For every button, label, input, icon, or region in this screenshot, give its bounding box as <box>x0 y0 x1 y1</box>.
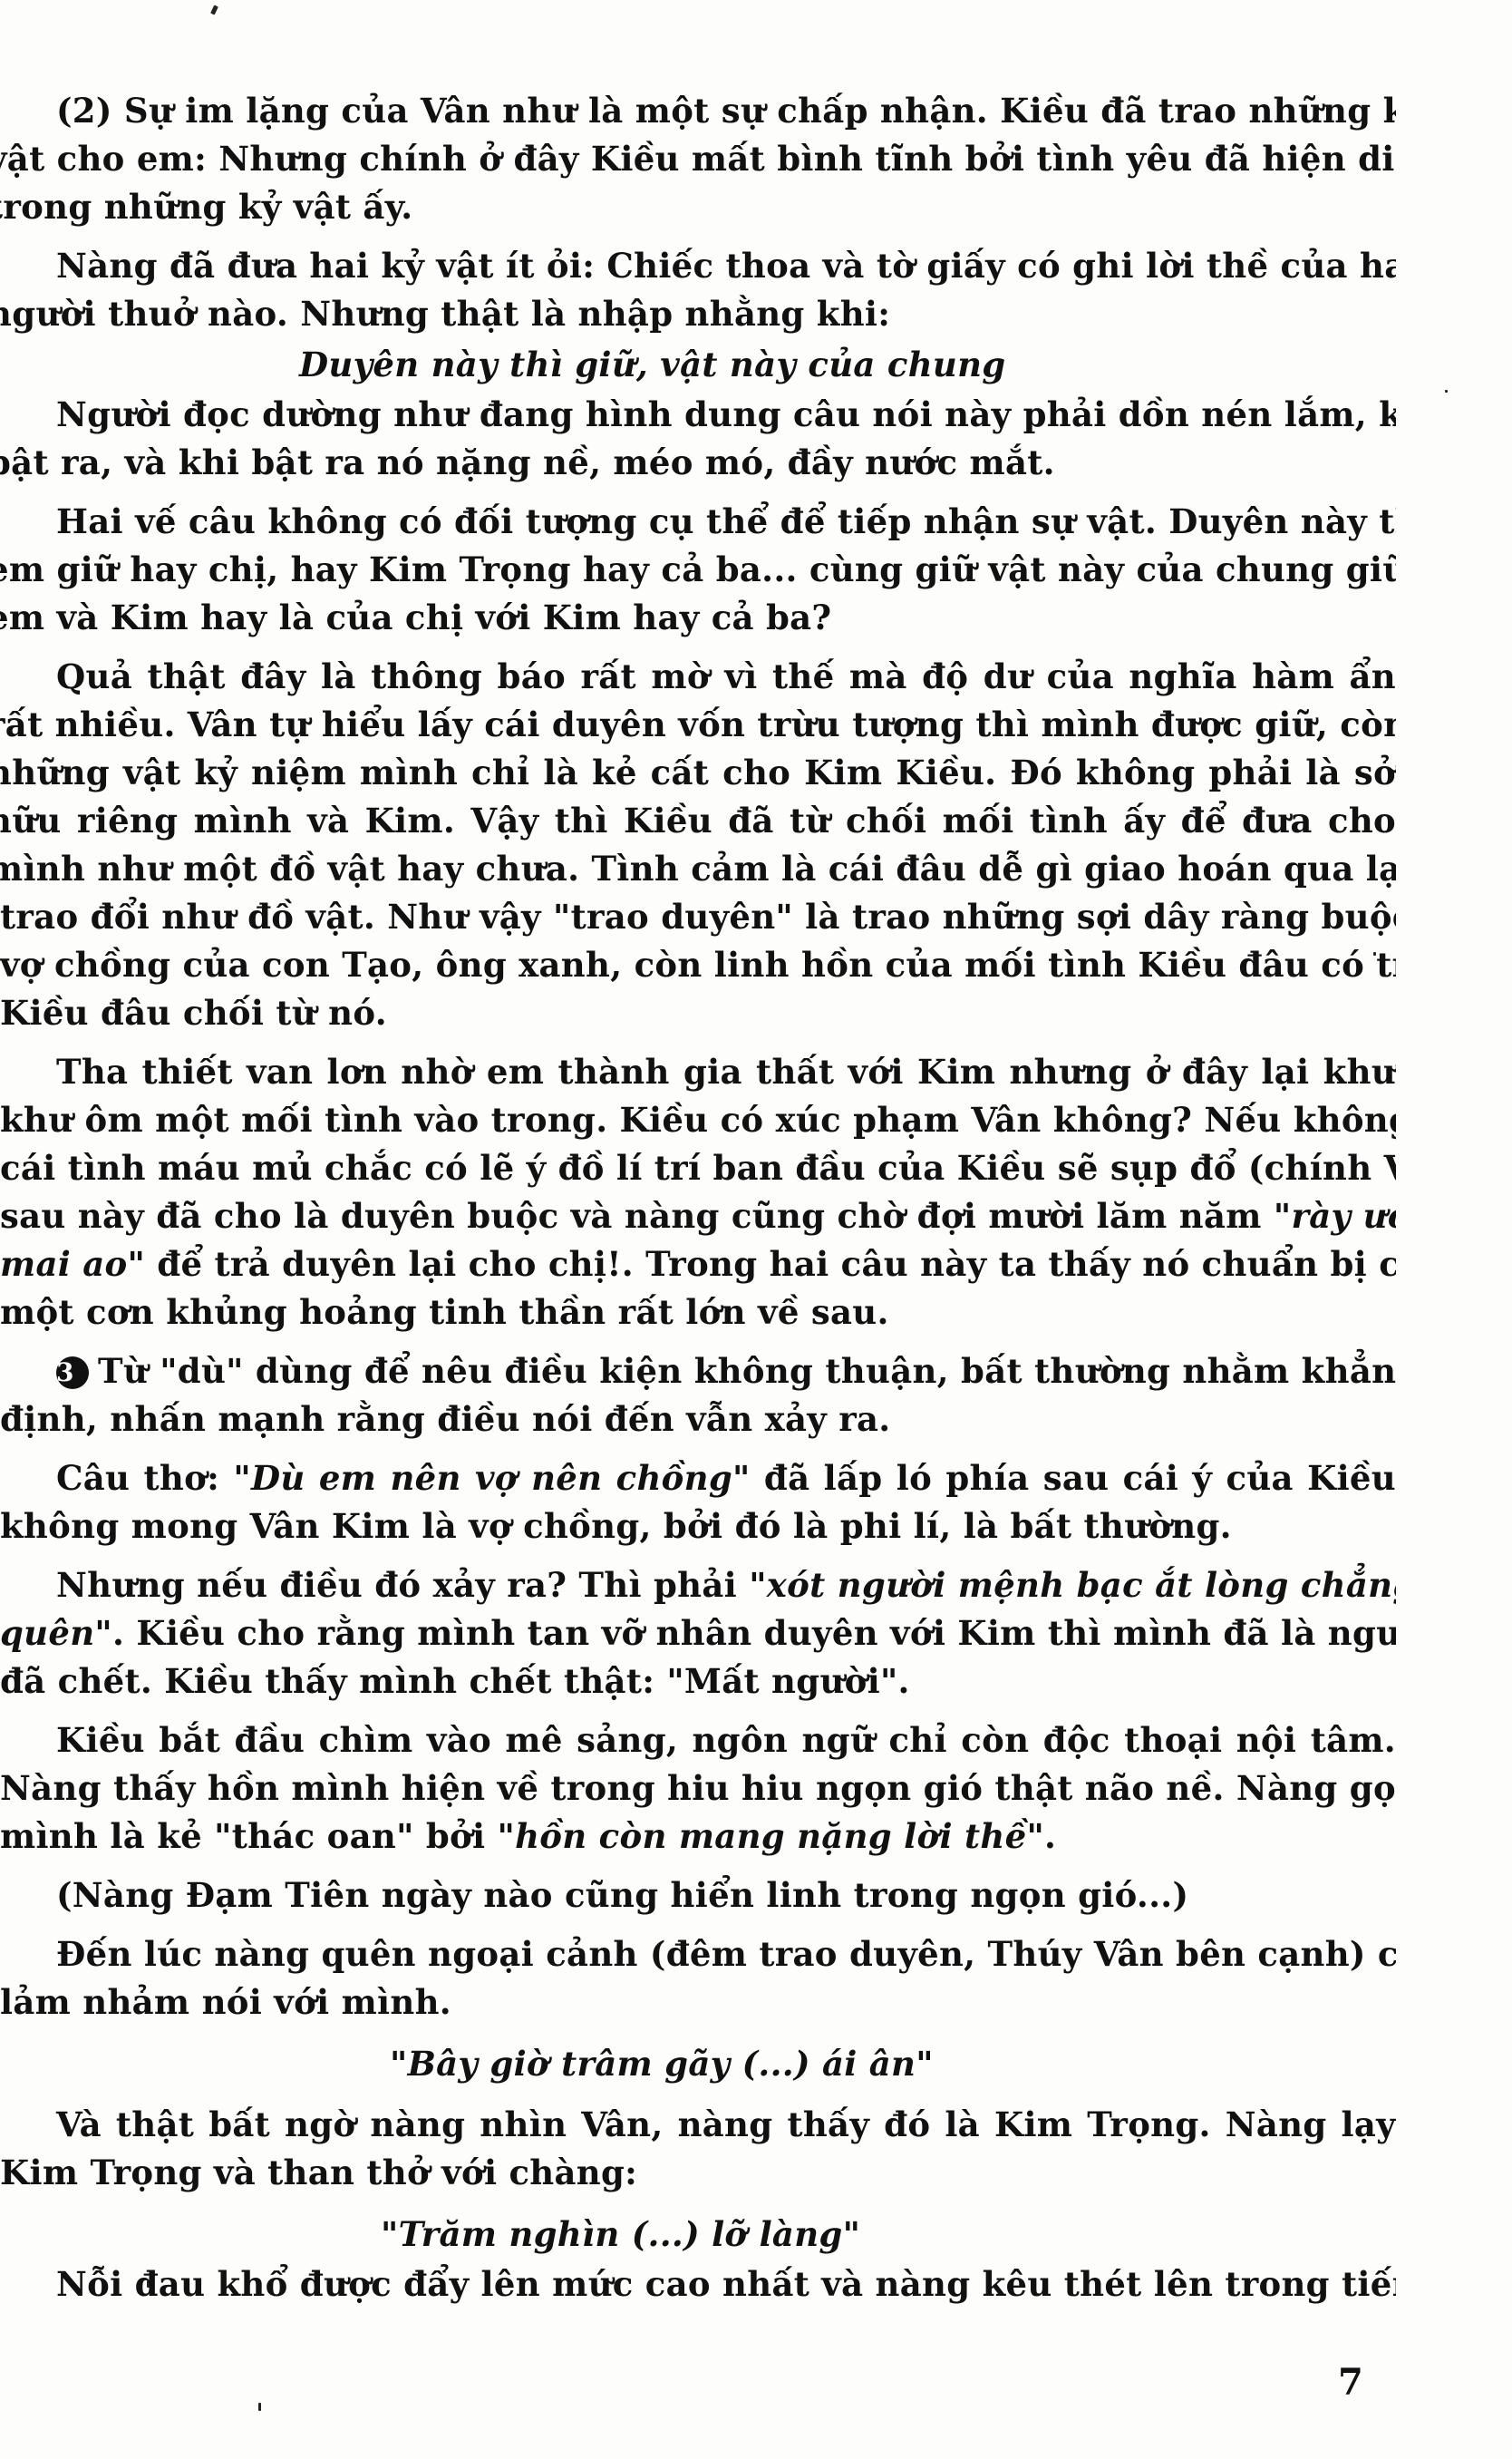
text-line: Đến lúc nàng quên ngoại cảnh (đêm trao d… <box>0 1930 1396 1978</box>
text-line: em và Kim hay là của chị với Kim hay cả … <box>0 594 1396 642</box>
text-line: Người đọc dường như đang hình dung câu n… <box>0 391 1396 439</box>
text-line: Và thật bất ngờ nàng nhìn Vân, nàng thấy… <box>0 2101 1396 2149</box>
text-line: cái tình máu mủ chắc có lẽ ý đồ lí trí b… <box>0 1144 1396 1192</box>
scanned-book-page: (2) Sự im lặng của Vân như là một sự chấ… <box>0 0 1512 2459</box>
text-line: mai ao" để trả duyên lại cho chị!. Trong… <box>0 1240 1396 1288</box>
text-line: rất nhiều. Vân tự hiểu lấy cái duyên vốn… <box>0 701 1396 749</box>
text-line: khư ôm một mối tình vào trong. Kiều có x… <box>0 1096 1396 1144</box>
text-line: lảm nhảm nói với mình. <box>0 1978 1396 2026</box>
text-line: vợ chồng của con Tạo, ông xanh, còn linh… <box>0 941 1396 989</box>
text-span: Từ "dù" dùng để nêu điều kiện không thuậ… <box>98 1351 1396 1391</box>
text-line: Tha thiết van lơn nhờ em thành gia thất … <box>0 1048 1396 1096</box>
text-line: Câu thơ: "Dù em nên vợ nên chồng" đã lấp… <box>0 1454 1396 1502</box>
text-line: Kim Trọng và than thở với chàng: <box>0 2149 1396 2197</box>
text-span: . Kiều cho rằng mình tan vỡ nhân duyên v… <box>112 1613 1396 1653</box>
text-span: . <box>1044 1816 1056 1856</box>
text-span: sau này đã cho là duyên buộc và nàng cũn… <box>0 1196 1274 1236</box>
circled-number-icon: 3 <box>56 1356 89 1389</box>
text-line: những vật kỷ niệm mình chỉ là kẻ cất cho… <box>0 749 1396 797</box>
scan-speck <box>210 5 218 15</box>
text-span: đã lấp ló phía sau cái ý của Kiều <box>751 1458 1396 1498</box>
text-line: trao đổi như đồ vật. Như vậy "trao duyên… <box>0 893 1396 941</box>
text-line: đã chết. Kiều thấy mình chết thật: "Mất … <box>0 1657 1396 1706</box>
text-line: Nỗi đau khổ được đẩy lên mức cao nhất và… <box>0 2260 1396 2308</box>
text-line: vật cho em: Nhưng chính ở đây Kiều mất b… <box>0 135 1396 183</box>
text-line: Nàng thấy hồn mình hiện về trong hiu hiu… <box>0 1764 1396 1813</box>
text-line: Hai vế câu không có đối tượng cụ thể để … <box>0 498 1396 546</box>
scan-speck <box>258 2403 261 2411</box>
text-line: sau này đã cho là duyên buộc và nàng cũn… <box>0 1192 1396 1240</box>
text-line: quên". Kiều cho rằng mình tan vỡ nhân du… <box>0 1609 1396 1657</box>
italic-quote: "Dù em nên vợ nên chồng" <box>233 1458 750 1498</box>
verse-quote: "Bây giờ trâm gãy (...) ái ân" <box>0 2037 1396 2090</box>
body-text: (2) Sự im lặng của Vân như là một sự chấ… <box>0 87 1396 2308</box>
text-line: 3Từ "dù" dùng để nêu điều kiện không thu… <box>0 1347 1396 1395</box>
text-line: trong những kỷ vật ấy. <box>0 183 1396 231</box>
text-span: Nhưng nếu điều đó xảy ra? Thì phải <box>56 1565 749 1605</box>
italic-quote: quên" <box>0 1613 112 1653</box>
italic-quote: "rày ước <box>1274 1196 1396 1236</box>
text-line: (Nàng Đạm Tiên ngày nào cũng hiển linh t… <box>0 1871 1396 1920</box>
text-line: người thuở nào. Nhưng thật là nhập nhằng… <box>0 290 1396 338</box>
text-line: không mong Vân Kim là vợ chồng, bởi đó l… <box>0 1502 1396 1550</box>
italic-quote: "hồn còn mang nặng lời thề" <box>498 1816 1045 1856</box>
text-line: Nàng đã đưa hai kỷ vật ít ỏi: Chiếc thoa… <box>0 242 1396 290</box>
text-line: một cơn khủng hoảng tinh thần rất lớn về… <box>0 1288 1396 1336</box>
scan-speck <box>1445 390 1448 393</box>
text-span: để trả duyên lại cho chị!. Trong hai câu… <box>145 1244 1396 1284</box>
text-line: (2) Sự im lặng của Vân như là một sự chấ… <box>0 87 1396 135</box>
text-line: hữu riêng mình và Kim. Vậy thì Kiều đã t… <box>0 797 1396 845</box>
page-number: 7 <box>1338 2361 1363 2404</box>
text-line: mình là kẻ "thác oan" bởi "hồn còn mang … <box>0 1813 1396 1861</box>
text-line: Quả thật đây là thông báo rất mờ vì thế … <box>0 653 1396 701</box>
text-span: Câu thơ: <box>56 1458 233 1498</box>
text-line: định, nhấn mạnh rằng điều nói đến vẫn xả… <box>0 1395 1396 1443</box>
text-line: em giữ hay chị, hay Kim Trọng hay cả ba.… <box>0 546 1396 594</box>
text-line: Kiều đâu chối từ nó. <box>0 989 1396 1037</box>
text-line: Kiều bắt đầu chìm vào mê sảng, ngôn ngữ … <box>0 1716 1396 1764</box>
text-line: bật ra, và khi bật ra nó nặng nề, méo mó… <box>0 439 1396 487</box>
verse-quote: Duyên này thì giữ, vật này của chung <box>0 338 1396 391</box>
text-span: mình là kẻ "thác oan" bởi <box>0 1816 498 1856</box>
verse-quote: "Trăm nghìn (...) lỡ làng" <box>0 2208 1396 2260</box>
text-line: Nhưng nếu điều đó xảy ra? Thì phải "xót … <box>0 1561 1396 1609</box>
text-line: mình như một đồ vật hay chưa. Tình cảm l… <box>0 845 1396 893</box>
italic-quote: mai ao" <box>0 1244 145 1284</box>
italic-quote: "xót người mệnh bạc ắt lòng chẳng <box>749 1565 1396 1605</box>
